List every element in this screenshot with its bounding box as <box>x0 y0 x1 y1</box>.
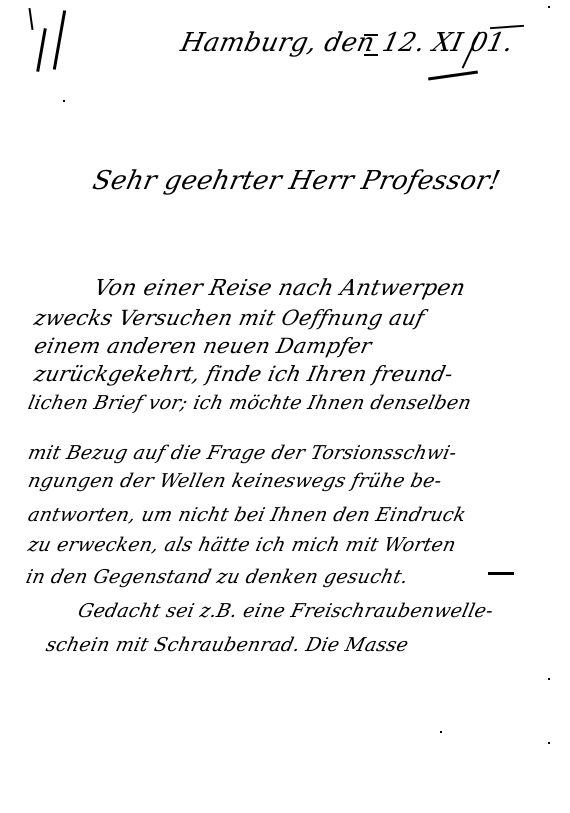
body-line-2: zwecks Versuchen mit Oeffnung auf <box>32 306 426 330</box>
page-number-bottom-bar <box>428 71 478 81</box>
end-flourish <box>488 572 514 575</box>
body-line-6: mit Bezug auf die Frage der Torsionsschw… <box>26 442 459 464</box>
place-date: Hamburg, den 12. XI 01. <box>178 28 516 58</box>
body-line-1: Von einer Reise nach Antwerpen <box>92 276 468 301</box>
body-line-4: zurückgekehrt, finde ich Ihren freund- <box>32 362 455 386</box>
scan-speck <box>548 6 550 8</box>
month-underline <box>364 54 378 56</box>
scan-speck <box>440 731 442 733</box>
month-overline <box>364 34 378 36</box>
margin-mark-stroke-2 <box>36 28 47 72</box>
scan-speck <box>548 742 550 744</box>
body-line-9: zu erwecken, als hätte ich mich mit Wort… <box>26 534 458 556</box>
margin-mark-stroke-3 <box>53 10 66 70</box>
salutation: Sehr geehrter Herr Professor! <box>90 166 503 196</box>
letter-page: Hamburg, den 12. XI 01. I Sehr geehrter … <box>0 0 570 813</box>
margin-dot <box>63 100 65 102</box>
body-line-12: schein mit Schraubenrad. Die Masse <box>44 634 410 656</box>
body-line-3: einem anderen neuen Dampfer <box>32 334 374 358</box>
body-line-8: antworten, um nicht bei Ihnen den Eindru… <box>26 504 468 526</box>
body-line-5: lichen Brief vor; ich möchte Ihnen dense… <box>26 392 473 414</box>
body-line-10: in den Gegenstand zu denken gesucht. <box>24 566 410 588</box>
body-line-7: ngungen der Wellen keineswegs frühe be- <box>26 470 444 492</box>
scan-speck <box>548 678 550 680</box>
margin-mark-stroke-1 <box>28 8 33 30</box>
body-line-11: Gedacht sei z.B. eine Freischraubenwelle… <box>76 600 495 622</box>
